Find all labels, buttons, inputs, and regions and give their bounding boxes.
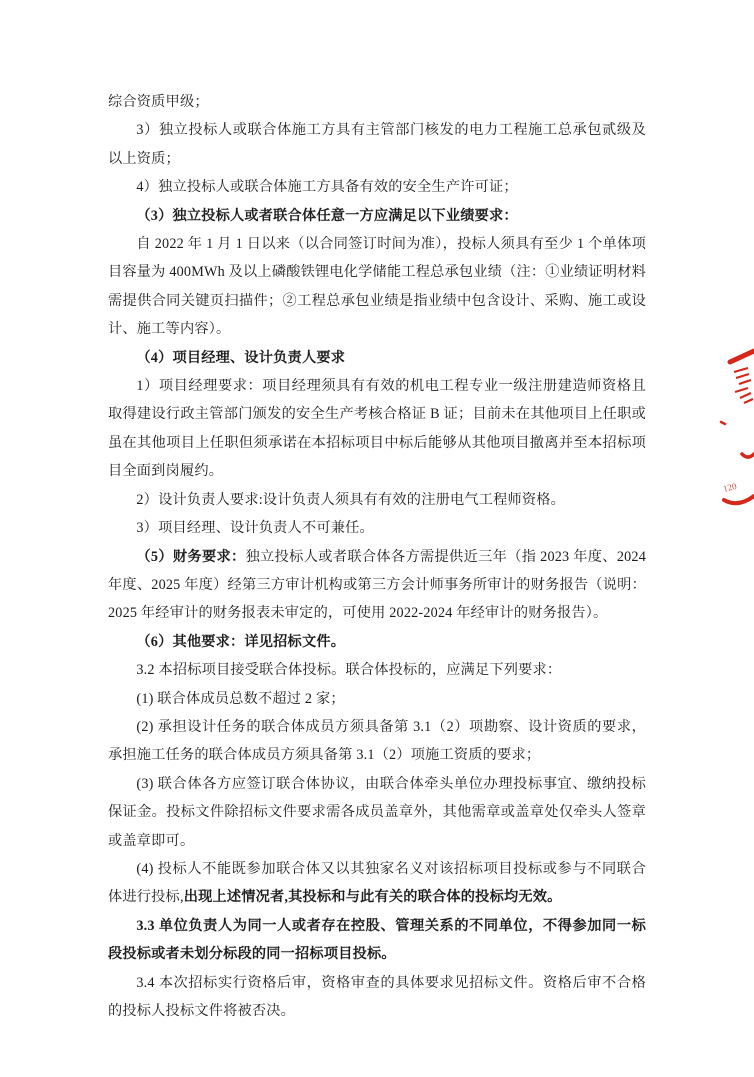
- paragraph-9: 3）项目经理、设计负责人不可兼任。: [108, 514, 646, 542]
- paragraph-1: 综合资质甲级；: [108, 88, 646, 116]
- seal-digits: 120: [722, 481, 738, 494]
- paragraph-13-segment-1: (1) 联合体成员总数不超过 2 家；: [136, 691, 344, 707]
- paragraph-6-segment-1: （4）项目经理、设计负责人要求: [136, 350, 345, 366]
- paragraph-6: （4）项目经理、设计负责人要求: [108, 344, 646, 372]
- paragraph-3: 4）独立投标人或联合体施工方具备有效的安全生产许可证；: [108, 173, 646, 201]
- document-body: 综合资质甲级；3）独立投标人或联合体施工方具有主管部门核发的电力工程施工总承包贰…: [108, 88, 646, 1025]
- seal-inner-arc: [742, 454, 754, 457]
- paragraph-5: 自 2022 年 1 月 1 日以来（以合同签订时间为准），投标人须具有至少 1…: [108, 230, 646, 344]
- paragraph-5-segment-1: 自 2022 年 1 月 1 日以来（以合同签订时间为准），投标人须具有至少 1…: [108, 236, 646, 337]
- paragraph-14-segment-1: (2) 承担设计任务的联合体成员方须具备第 3.1（2）项勘察、设计资质的要求，…: [108, 719, 646, 763]
- paragraph-8: 2）设计负责人要求:设计负责人须具有有效的注册电气工程师资格。: [108, 486, 646, 514]
- paragraph-16-segment-2: 出现上述情况者,其投标和与此有关的联合体的投标均无效。: [184, 889, 562, 905]
- paragraph-15-segment-1: (3) 联合体各方应签订联合体协议，由联合体牵头单位办理投标事宜、缴纳投标保证金…: [108, 776, 646, 849]
- paragraph-7-segment-1: 1）项目经理要求：项目经理须具有有效的机电工程专业一级注册建造师资格且取得建设行…: [108, 378, 646, 479]
- paragraph-10: （5）财务要求：独立投标人或者联合体各方需提供近三年（指 2023 年度、202…: [108, 543, 646, 628]
- paragraph-2-segment-1: 3）独立投标人或联合体施工方具有主管部门核发的电力工程施工总承包贰级及以上资质；: [108, 122, 646, 166]
- paragraph-11: （6）其他要求：详见招标文件。: [108, 628, 646, 656]
- paragraph-8-segment-1: 2）设计负责人要求:设计负责人须具有有效的注册电气工程师资格。: [136, 492, 565, 508]
- paragraph-11-segment-1: （6）其他要求：详见招标文件。: [136, 634, 345, 650]
- paragraph-12: 3.2 本招标项目接受联合体投标。联合体投标的，应满足下列要求：: [108, 656, 646, 684]
- paragraph-4-segment-1: （3）独立投标人或者联合体任意一方应满足以下业绩要求：: [136, 208, 517, 224]
- paragraph-2: 3）独立投标人或联合体施工方具有主管部门核发的电力工程施工总承包贰级及以上资质；: [108, 116, 646, 173]
- paragraph-17: 3.3 单位负责人为同一人或者存在控股、管理关系的不同单位，不得参加同一标段投标…: [108, 912, 646, 969]
- paragraph-17-segment-1: 3.3 单位负责人为同一人或者存在控股、管理关系的不同单位，不得参加同一标段投标…: [108, 918, 646, 962]
- paragraph-14: (2) 承担设计任务的联合体成员方须具备第 3.1（2）项勘察、设计资质的要求，…: [108, 713, 646, 770]
- paragraph-18-segment-1: 3.4 本次招标实行资格后审，资格审查的具体要求见招标文件。资格后审不合格的投标…: [108, 975, 646, 1019]
- paragraph-7: 1）项目经理要求：项目经理须具有有效的机电工程专业一级注册建造师资格且取得建设行…: [108, 372, 646, 486]
- seal-border-bottom: [724, 496, 754, 503]
- seal-dot: [721, 422, 725, 424]
- paragraph-1-segment-1: 综合资质甲级；: [108, 94, 209, 110]
- paragraph-3-segment-1: 4）独立投标人或联合体施工方具备有效的安全生产许可证；: [136, 179, 517, 195]
- seal-border-top: [730, 351, 754, 362]
- red-seal-fragment: 120: [718, 346, 754, 514]
- paragraph-15: (3) 联合体各方应签订联合体协议，由联合体牵头单位办理投标事宜、缴纳投标保证金…: [108, 770, 646, 855]
- paragraph-16: (4) 投标人不能既参加联合体又以其独家名义对该招标项目投标或参与不同联合体进行…: [108, 855, 646, 912]
- document-page: 综合资质甲级；3）独立投标人或联合体施工方具有主管部门核发的电力工程施工总承包贰…: [0, 0, 754, 1077]
- paragraph-9-segment-1: 3）项目经理、设计负责人不可兼任。: [136, 520, 374, 536]
- paragraph-10-segment-1: （5）财务要求：: [136, 549, 245, 565]
- paragraph-18: 3.4 本次招标实行资格后审，资格审查的具体要求见招标文件。资格后审不合格的投标…: [108, 969, 646, 1026]
- seal-character-marks: [734, 368, 753, 403]
- paragraph-4: （3）独立投标人或者联合体任意一方应满足以下业绩要求：: [108, 202, 646, 230]
- paragraph-13: (1) 联合体成员总数不超过 2 家；: [108, 685, 646, 713]
- paragraph-12-segment-1: 3.2 本招标项目接受联合体投标。联合体投标的，应满足下列要求：: [136, 662, 561, 678]
